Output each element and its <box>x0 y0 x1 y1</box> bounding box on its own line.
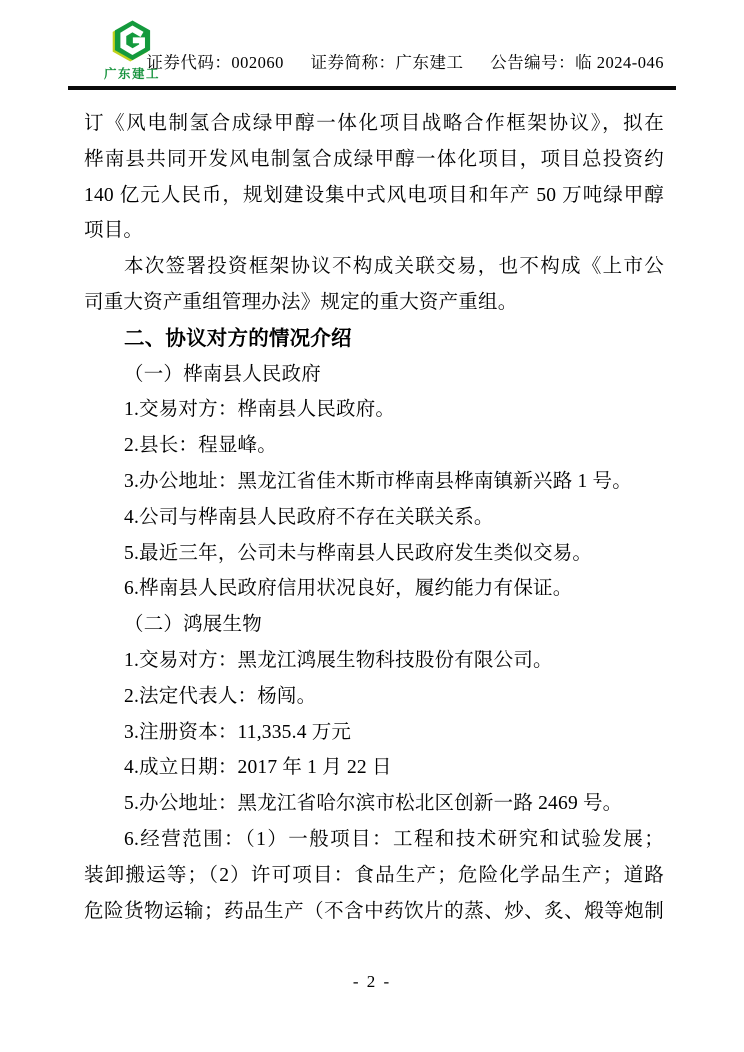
text-line: 2.县长：程显峰。 <box>84 428 664 464</box>
securities-info-line: 证券代码：002060 证券简称：广东建工 公告编号：临 2024-046 <box>146 49 664 73</box>
text-line: 装卸搬运等；（2）许可项目：食品生产；危险化学品生产；道路 <box>84 858 664 894</box>
text-line: 司重大资产重组管理办法》规定的重大资产重组。 <box>84 285 664 321</box>
stock-code: 证券代码：002060 <box>146 53 284 72</box>
announcement-number: 公告编号：临 2024-046 <box>490 53 664 72</box>
text-line: 140 亿元人民币，规划建设集中式风电项目和年产 50 万吨绿甲醇 <box>84 178 664 214</box>
text-line: （一）桦南县人民政府 <box>84 357 664 393</box>
document-page: 广东建工 证券代码：002060 证券简称：广东建工 公告编号：临 2024-0… <box>0 0 744 1052</box>
text-line: 订《风电制氢合成绿甲醇一体化项目战略合作框架协议》，拟在 <box>84 106 664 142</box>
text-line: 1.交易对方：黑龙江鸿展生物科技股份有限公司。 <box>84 643 664 679</box>
text-line: 3.办公地址：黑龙江省佳木斯市桦南县桦南镇新兴路 1 号。 <box>84 464 664 500</box>
text-line: 1.交易对方：桦南县人民政府。 <box>84 392 664 428</box>
text-line: 2.法定代表人：杨闯。 <box>84 679 664 715</box>
text-line: 项目。 <box>84 213 664 249</box>
document-body: 订《风电制氢合成绿甲醇一体化项目战略合作框架协议》，拟在桦南县共同开发风电制氢合… <box>84 106 664 929</box>
text-line: 5.最近三年，公司未与桦南县人民政府发生类似交易。 <box>84 536 664 572</box>
text-line: 5.办公地址：黑龙江省哈尔滨市松北区创新一路 2469 号。 <box>84 786 664 822</box>
text-line: （二）鸿展生物 <box>84 607 664 643</box>
text-line: 本次签署投资框架协议不构成关联交易，也不构成《上市公 <box>84 249 664 285</box>
text-line: 4.公司与桦南县人民政府不存在关联关系。 <box>84 500 664 536</box>
section-heading: 二、协议对方的情况介绍 <box>84 321 664 357</box>
stock-short-name: 证券简称：广东建工 <box>311 53 464 72</box>
text-line: 6.经营范围：（1）一般项目：工程和技术研究和试验发展； <box>84 822 664 858</box>
text-line: 6.桦南县人民政府信用状况良好，履约能力有保证。 <box>84 571 664 607</box>
text-line: 危险货物运输；药品生产（不含中药饮片的蒸、炒、炙、煅等炮制 <box>84 894 664 930</box>
page-number: - 2 - <box>0 972 744 992</box>
text-line: 3.注册资本：11,335.4 万元 <box>84 715 664 751</box>
text-line: 桦南县共同开发风电制氢合成绿甲醇一体化项目，项目总投资约 <box>84 142 664 178</box>
text-line: 4.成立日期：2017 年 1 月 22 日 <box>84 750 664 786</box>
header-divider-rule <box>68 86 676 90</box>
